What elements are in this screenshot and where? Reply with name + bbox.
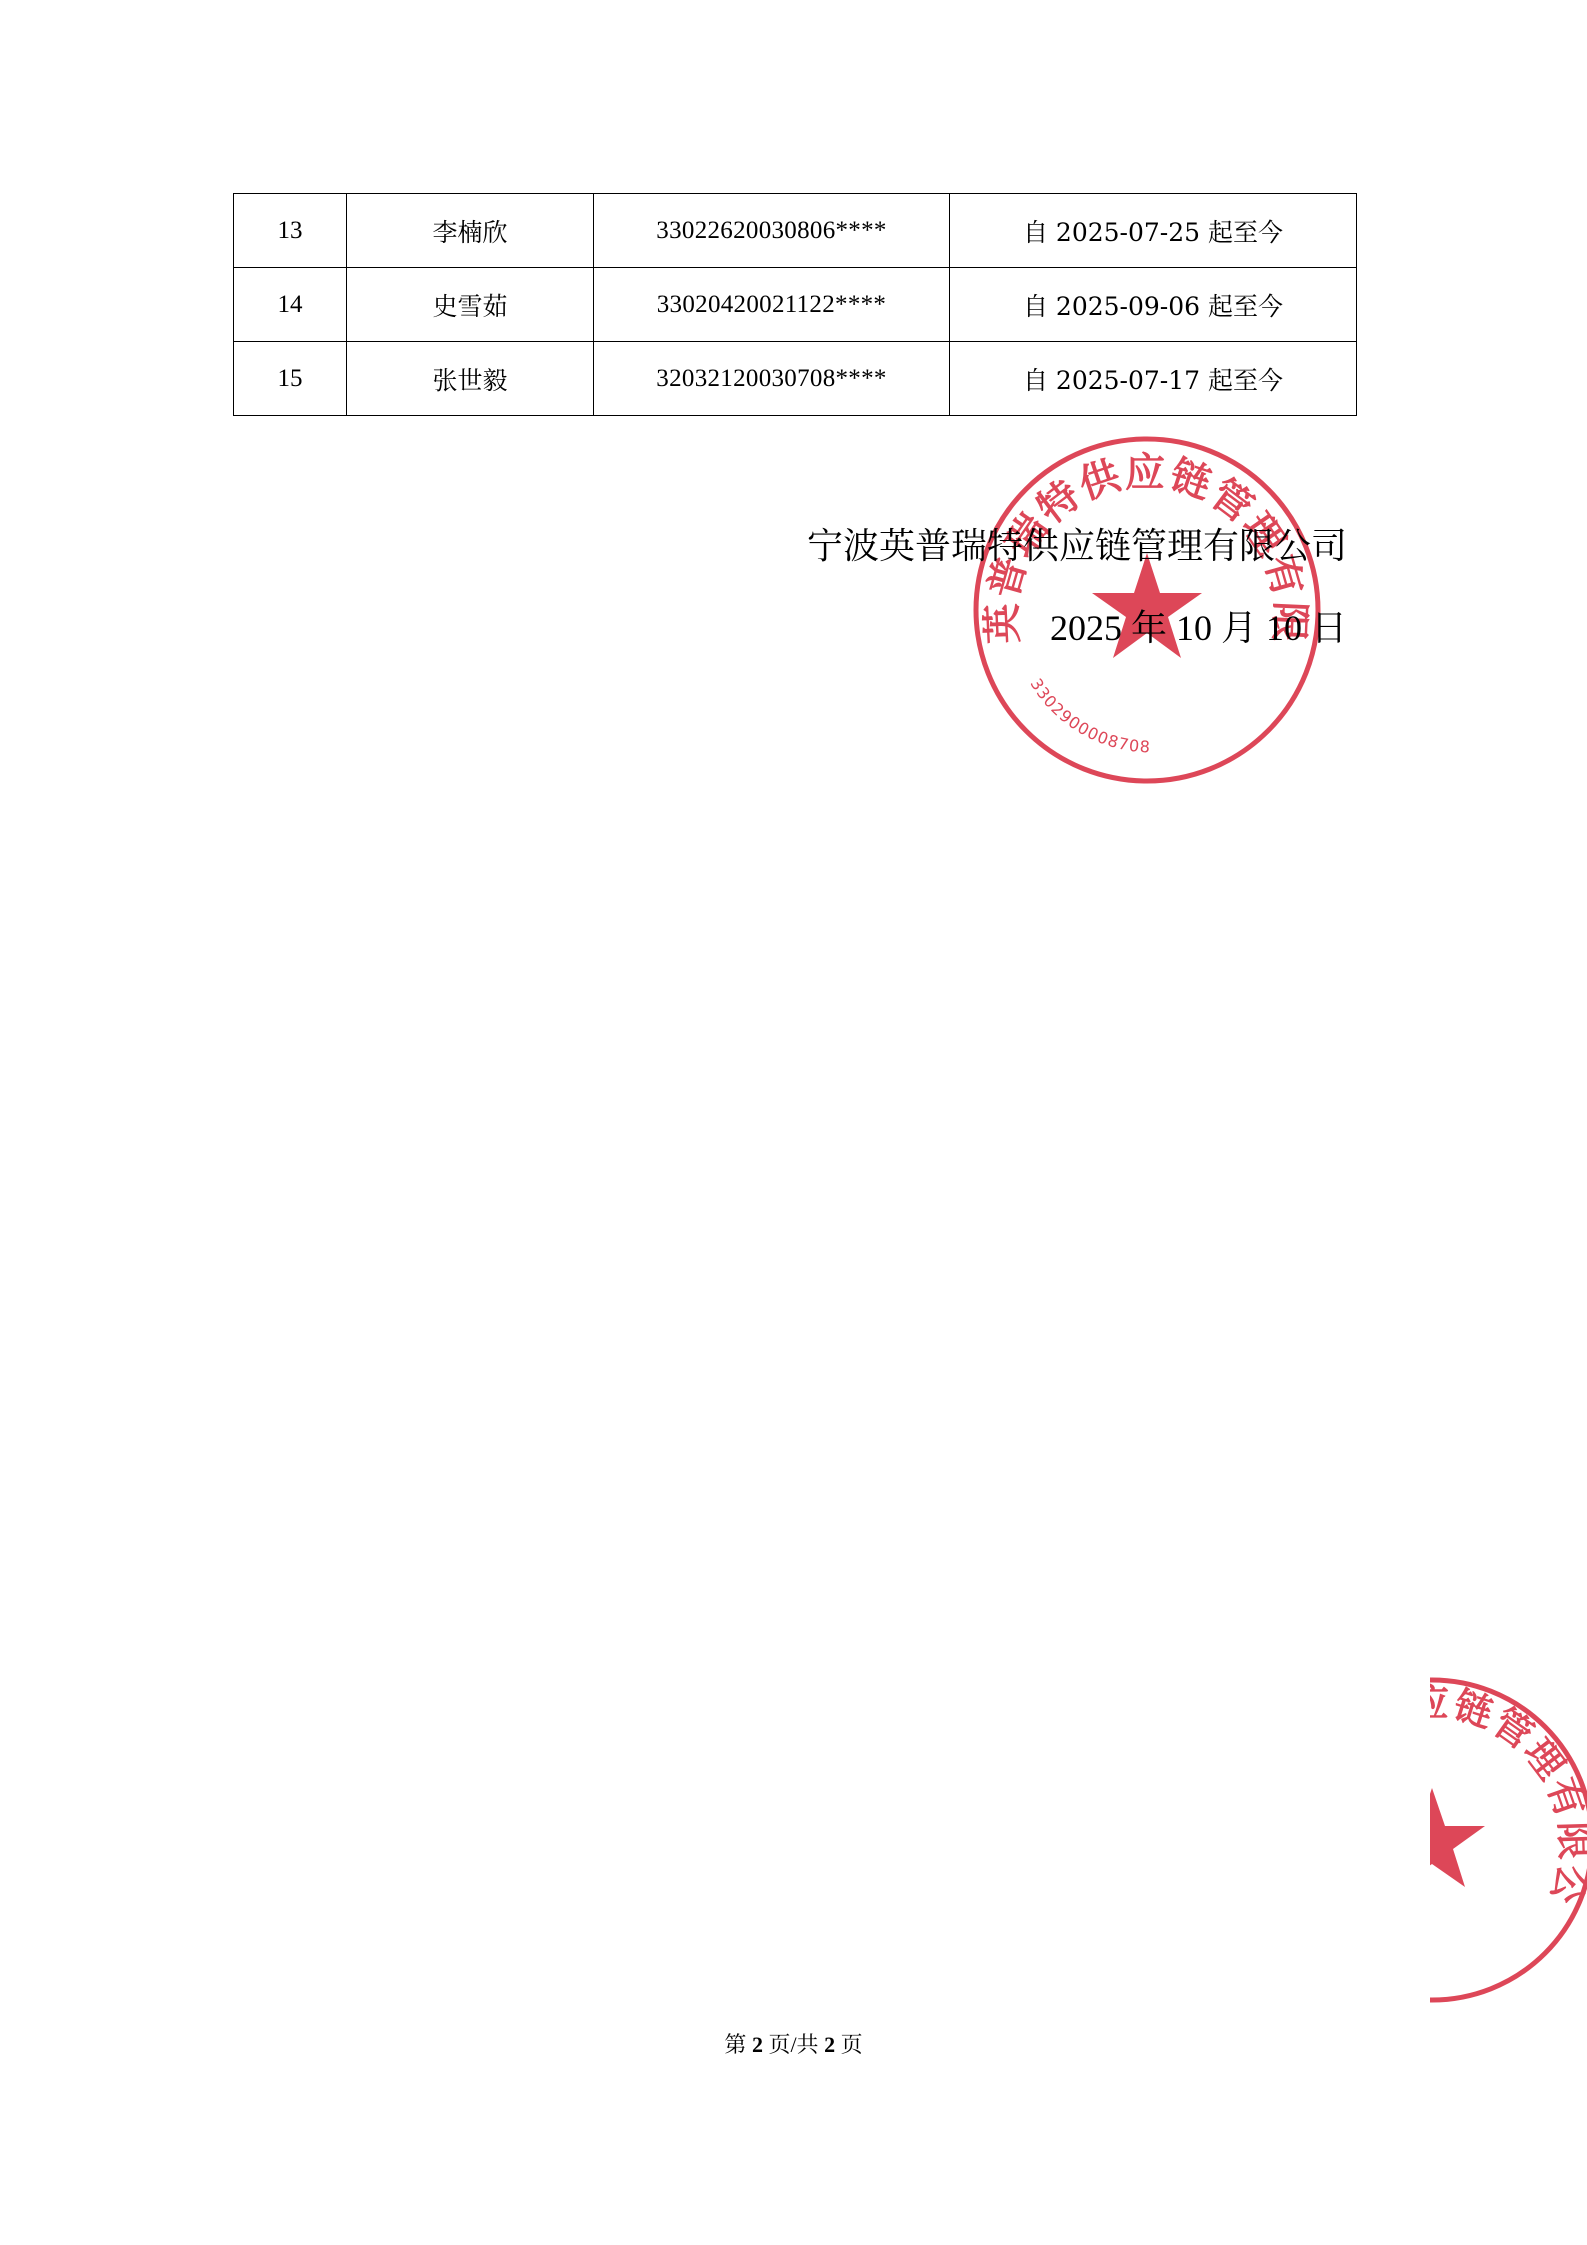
page-footer: 第 2 页/共 2 页 (0, 2028, 1587, 2059)
row-index: 15 (234, 342, 347, 416)
page-seam-stamp: 宁波英普瑞特供应链管理有限公司 (1430, 1675, 1587, 2005)
footer-suffix: 页 (841, 2032, 863, 2057)
employee-name: 李楠欣 (347, 194, 594, 268)
employee-table: 13 李楠欣 33022620030806**** 自 2025-07-25 起… (233, 193, 1357, 416)
id-number: 33022620030806**** (594, 194, 950, 268)
seal-fragment-icon: 宁波英普瑞特供应链管理有限公司 (1430, 1675, 1587, 2005)
id-number: 33020420021122**** (594, 268, 950, 342)
employee-name: 史雪茹 (347, 268, 594, 342)
company-signature: 宁波英普瑞特供应链管理有限公司 (807, 518, 1347, 569)
employment-period: 自 2025-07-25 起至今 (950, 194, 1357, 268)
table-row: 15 张世毅 32032120030708**** 自 2025-07-17 起… (234, 342, 1357, 416)
employment-period: 自 2025-07-17 起至今 (950, 342, 1357, 416)
id-number: 32032120030708**** (594, 342, 950, 416)
row-index: 13 (234, 194, 347, 268)
svg-text:3302900008708: 3302900008708 (1026, 675, 1151, 757)
current-page: 2 (752, 2032, 763, 2057)
footer-prefix: 第 (724, 2032, 746, 2057)
signature-date: 2025 年 10 月 10 日 (1050, 600, 1347, 651)
employee-name: 张世毅 (347, 342, 594, 416)
row-index: 14 (234, 268, 347, 342)
table-row: 13 李楠欣 33022620030806**** 自 2025-07-25 起… (234, 194, 1357, 268)
footer-middle: 页/共 (768, 2032, 818, 2057)
total-pages: 2 (824, 2032, 835, 2057)
employment-period: 自 2025-09-06 起至今 (950, 268, 1357, 342)
table-row: 14 史雪茹 33020420021122**** 自 2025-09-06 起… (234, 268, 1357, 342)
